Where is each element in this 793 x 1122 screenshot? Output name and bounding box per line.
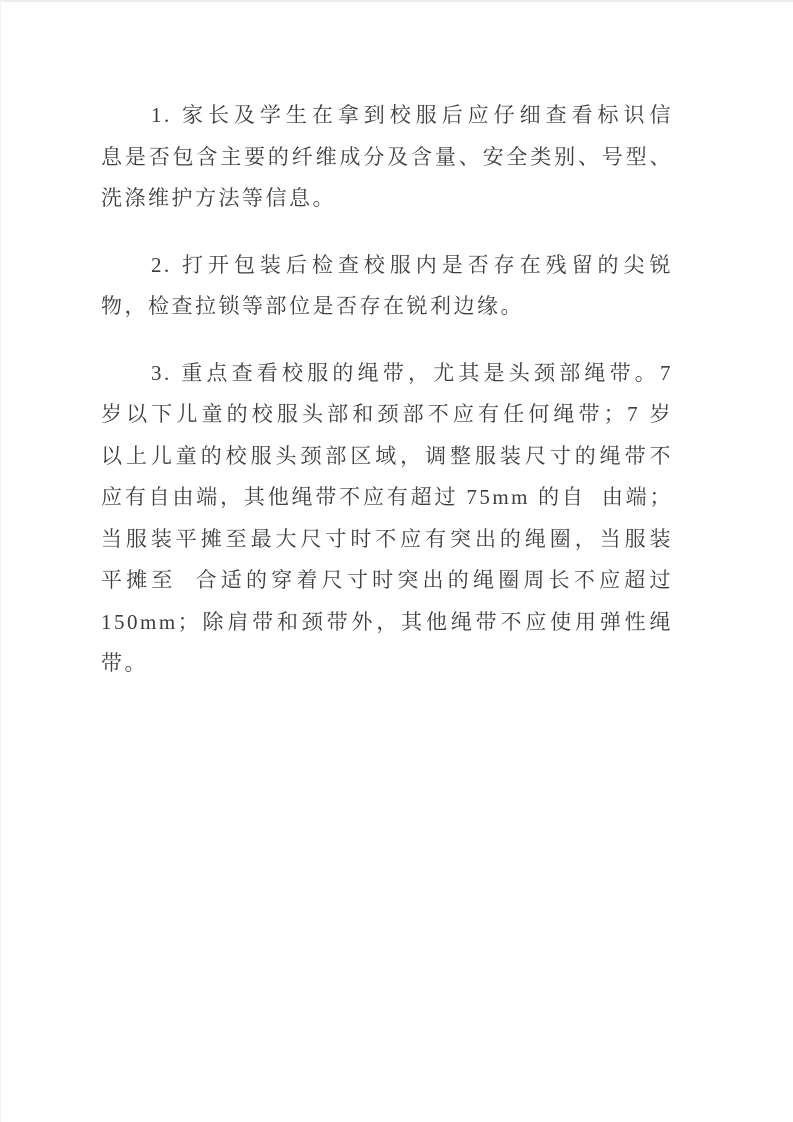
text-line: 2. 打开包装后检查校服内是否存在残留的尖锐 [101, 245, 673, 287]
page-left-scan-edge [0, 0, 1, 1122]
document-body: 1. 家长及学生在拿到校服后应仔细查看标识信 息是否包含主要的纤维成分及含量、安… [101, 95, 673, 685]
paragraph-3: 3. 重点查看校服的绳带，尤其是头颈部绳带。7 岁以下儿童的校服头部和颈部不应有… [101, 353, 673, 685]
text-line: 3. 重点查看校服的绳带，尤其是头颈部绳带。7 [101, 353, 673, 395]
text-line: 150mm；除肩带和颈带外，其他绳带不应使用弹性绳 [101, 602, 673, 644]
text-line: 洗涤维护方法等信息。 [101, 178, 673, 220]
paragraph-1: 1. 家长及学生在拿到校服后应仔细查看标识信 息是否包含主要的纤维成分及含量、安… [101, 95, 673, 220]
text-line: 以上儿童的校服头颈部区域，调整服装尺寸的绳带不 [101, 436, 673, 478]
text-line: 物，检查拉锁等部位是否存在锐利边缘。 [101, 286, 673, 328]
text-line: 应有自由端，其他绳带不应有超过 75mm 的自 由端； [101, 477, 673, 519]
paragraph-2: 2. 打开包装后检查校服内是否存在残留的尖锐 物，检查拉锁等部位是否存在锐利边缘… [101, 245, 673, 328]
document-page: 1. 家长及学生在拿到校服后应仔细查看标识信 息是否包含主要的纤维成分及含量、安… [0, 0, 793, 1122]
text-line: 带。 [101, 643, 673, 685]
text-line: 岁以下儿童的校服头部和颈部不应有任何绳带；7 岁 [101, 394, 673, 436]
text-line: 息是否包含主要的纤维成分及含量、安全类别、号型、 [101, 137, 673, 179]
page-top-scan-edge [0, 0, 793, 2]
text-line: 1. 家长及学生在拿到校服后应仔细查看标识信 [101, 95, 673, 137]
text-line: 平摊至 合适的穿着尺寸时突出的绳圈周长不应超过 [101, 560, 673, 602]
text-line: 当服装平摊至最大尺寸时不应有突出的绳圈，当服装 [101, 519, 673, 561]
